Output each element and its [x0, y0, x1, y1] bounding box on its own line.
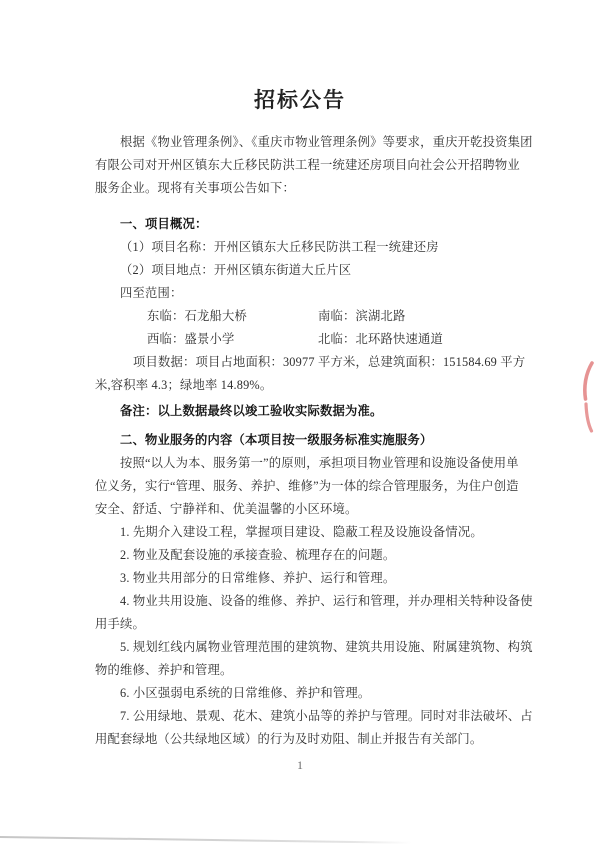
list-item: 2. 物业及配套设施的承接查验、梳理存在的问题。 [95, 544, 514, 567]
list-item: 7. 公用绿地、景观、花木、建筑小品等的养护与管理。同时对非法破坏、占 [95, 705, 514, 728]
boundary-row: 西临：盛景小学北临：北环路快速通道 [95, 328, 514, 351]
list-item: 5. 规划红线内属物业管理范围的建筑物、建筑共用设施、附属建筑物、构筑 [95, 636, 514, 659]
section-heading: 一、项目概况： [95, 213, 514, 236]
body-line: 按照“以人为本、服务第一”的原则，承担项目物业管理和设施设备使用单 [95, 452, 514, 475]
list-item: 1. 先期介入建设工程，掌握项目建设、隐蔽工程及设施设备情况。 [95, 521, 514, 544]
list-item: 用手续。 [95, 613, 514, 636]
boundary-right: 南临：滨湖北路 [318, 309, 405, 323]
red-pen-mark [579, 359, 599, 437]
boundary-row: 东临：石龙船大桥南临：滨湖北路 [95, 305, 514, 328]
project-location-line: （2）项目地点：开州区镇东街道大丘片区 [95, 259, 514, 282]
body-line: 安全、舒适、宁静祥和、优美温馨的小区环境。 [95, 498, 514, 521]
list-item: 用配套绿地（公共绿地区域）的行为及时劝阻、制止并报告有关部门。 [95, 728, 514, 751]
document-body: 根据《物业管理条例》、《重庆市物业管理条例》等要求，重庆开乾投资集团有限公司对开… [0, 131, 600, 751]
intro-line: 服务企业。现将有关事项公告如下： [95, 177, 514, 200]
project-name-line: （1）项目名称：开州区镇东大丘移民防洪工程一统建还房 [95, 236, 514, 259]
note-line: 备注：以上数据最终以竣工验收实际数据为准。 [95, 400, 514, 423]
scanned-document-page: 招标公告 根据《物业管理条例》、《重庆市物业管理条例》等要求，重庆开乾投资集团有… [0, 0, 600, 849]
section-heading: 二、物业服务的内容（本项目按一级服务标准实施服务） [95, 429, 514, 452]
red-pen-mark-lower-stroke [586, 404, 592, 431]
list-item: 6. 小区强弱电系统的日常维修、养护和管理。 [95, 682, 514, 705]
red-pen-mark-upper-stroke [585, 363, 592, 399]
list-item: 3. 物业共用部分的日常维修、养护、运行和管理。 [95, 567, 514, 590]
boundary-left: 西临：盛景小学 [95, 328, 318, 351]
project-data-line: 项目数据：项目占地面积：30977 平方米，总建筑面积：151584.69 平方 [95, 351, 514, 374]
document-title: 招标公告 [0, 85, 600, 115]
boundary-label-line: 四至范围： [95, 282, 514, 305]
body-line: 位义务，实行“管理、服务、养护、维修”为一体的综合管理服务，为住户创造 [95, 475, 514, 498]
page-number: 1 [0, 758, 600, 773]
intro-line: 有限公司对开州区镇东大丘移民防洪工程一统建还房项目向社会公开招聘物业 [95, 154, 514, 177]
list-item: 物的维修、养护和管理。 [95, 659, 514, 682]
project-data-line: 米,容积率 4.3；绿地率 14.89%。 [95, 374, 514, 397]
boundary-right: 北临：北环路快速通道 [318, 332, 443, 346]
list-item: 4. 物业共用设施、设备的维修、养护、运行和管理，并办理相关特种设备使 [95, 590, 514, 613]
intro-line: 根据《物业管理条例》、《重庆市物业管理条例》等要求，重庆开乾投资集团 [95, 131, 514, 154]
boundary-left: 东临：石龙船大桥 [95, 305, 318, 328]
scan-edge-line [0, 836, 412, 844]
